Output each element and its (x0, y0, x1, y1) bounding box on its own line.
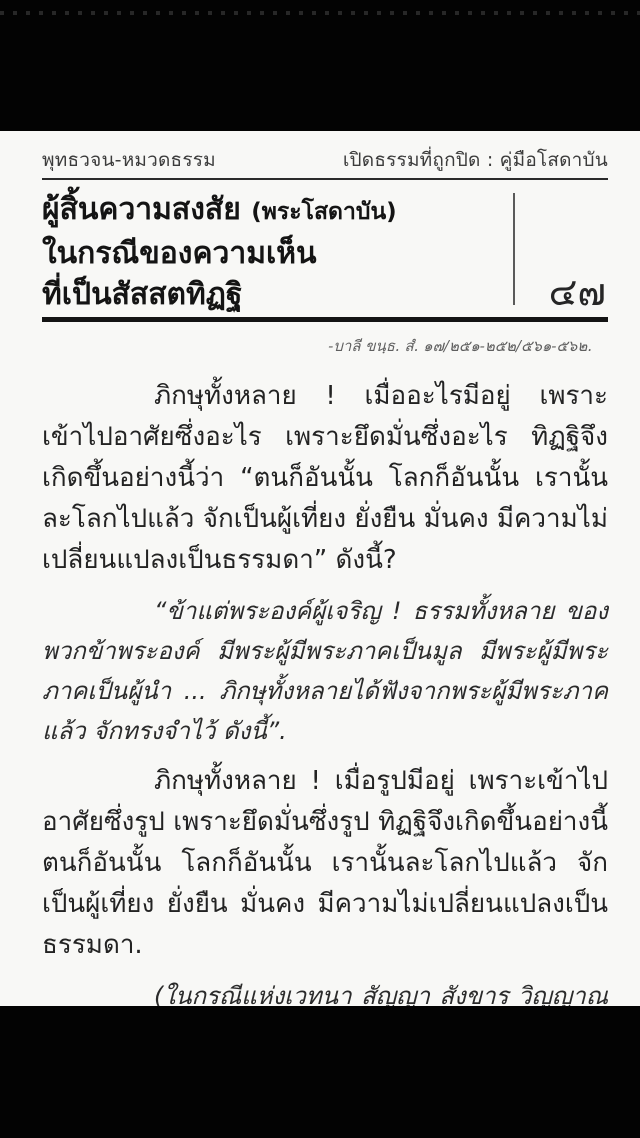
title-rule (42, 317, 608, 322)
letterbox-top (0, 0, 640, 131)
page-number: ๔๗ (549, 273, 606, 311)
paragraph-monks-reply: “ข้าแต่พระองค์ผู้เจริญ ! ธรรมทั้งหลาย ขอ… (42, 591, 608, 751)
chapter-title-paren: (พระโสดาบัน) (251, 199, 396, 225)
pali-citation: -บาลี ขนฺธ. สํ. ๑๗/๒๕๑-๒๕๒/๕๖๑-๕๖๒. (42, 334, 608, 358)
film-dots-texture (0, 11, 640, 15)
running-head-series: พุทธวจน-หมวดธรรม (42, 147, 216, 173)
letterbox-bottom (0, 1006, 640, 1138)
chapter-title: ผู้สิ้นความสงสัย (พระโสดาบัน) ในกรณีของค… (42, 189, 608, 315)
header-rule (42, 178, 608, 180)
chapter-title-line1: ผู้สิ้นความสงสัย (พระโสดาบัน) (42, 189, 608, 233)
paragraph-buddha-question: ภิกษุทั้งหลาย ! เมื่ออะไรมีอยู่ เพราะเข้… (42, 376, 608, 581)
chapter-title-line2: ในกรณีของความเห็น (42, 233, 608, 274)
title-block: ผู้สิ้นความสงสัย (พระโสดาบัน) ในกรณีของค… (42, 189, 608, 315)
chapter-title-main: ผู้สิ้นความสงสัย (42, 192, 241, 227)
paragraph-buddha-answer: ภิกษุทั้งหลาย ! เมื่อรูปมีอยู่ เพราะเข้า… (42, 761, 608, 966)
body-text: ภิกษุทั้งหลาย ! เมื่ออะไรมีอยู่ เพราะเข้… (42, 376, 608, 1006)
paragraph-editorial-note: (ในกรณีแห่งเวทนา สัญญา สังขาร วิญญาณ ก็ม… (42, 976, 608, 1006)
running-head: พุทธวจน-หมวดธรรม เปิดธรรมที่ถูกปิด : คู่… (42, 147, 608, 173)
chapter-title-line3: ที่เป็นสัสสตทิฏฐิ (42, 274, 608, 315)
running-head-book-title: เปิดธรรมที่ถูกปิด : คู่มือโสดาบัน (343, 147, 608, 173)
screenshot-root: พุทธวจน-หมวดธรรม เปิดธรรมที่ถูกปิด : คู่… (0, 0, 640, 1138)
title-vertical-divider (513, 193, 515, 305)
book-page: พุทธวจน-หมวดธรรม เปิดธรรมที่ถูกปิด : คู่… (0, 131, 640, 1006)
